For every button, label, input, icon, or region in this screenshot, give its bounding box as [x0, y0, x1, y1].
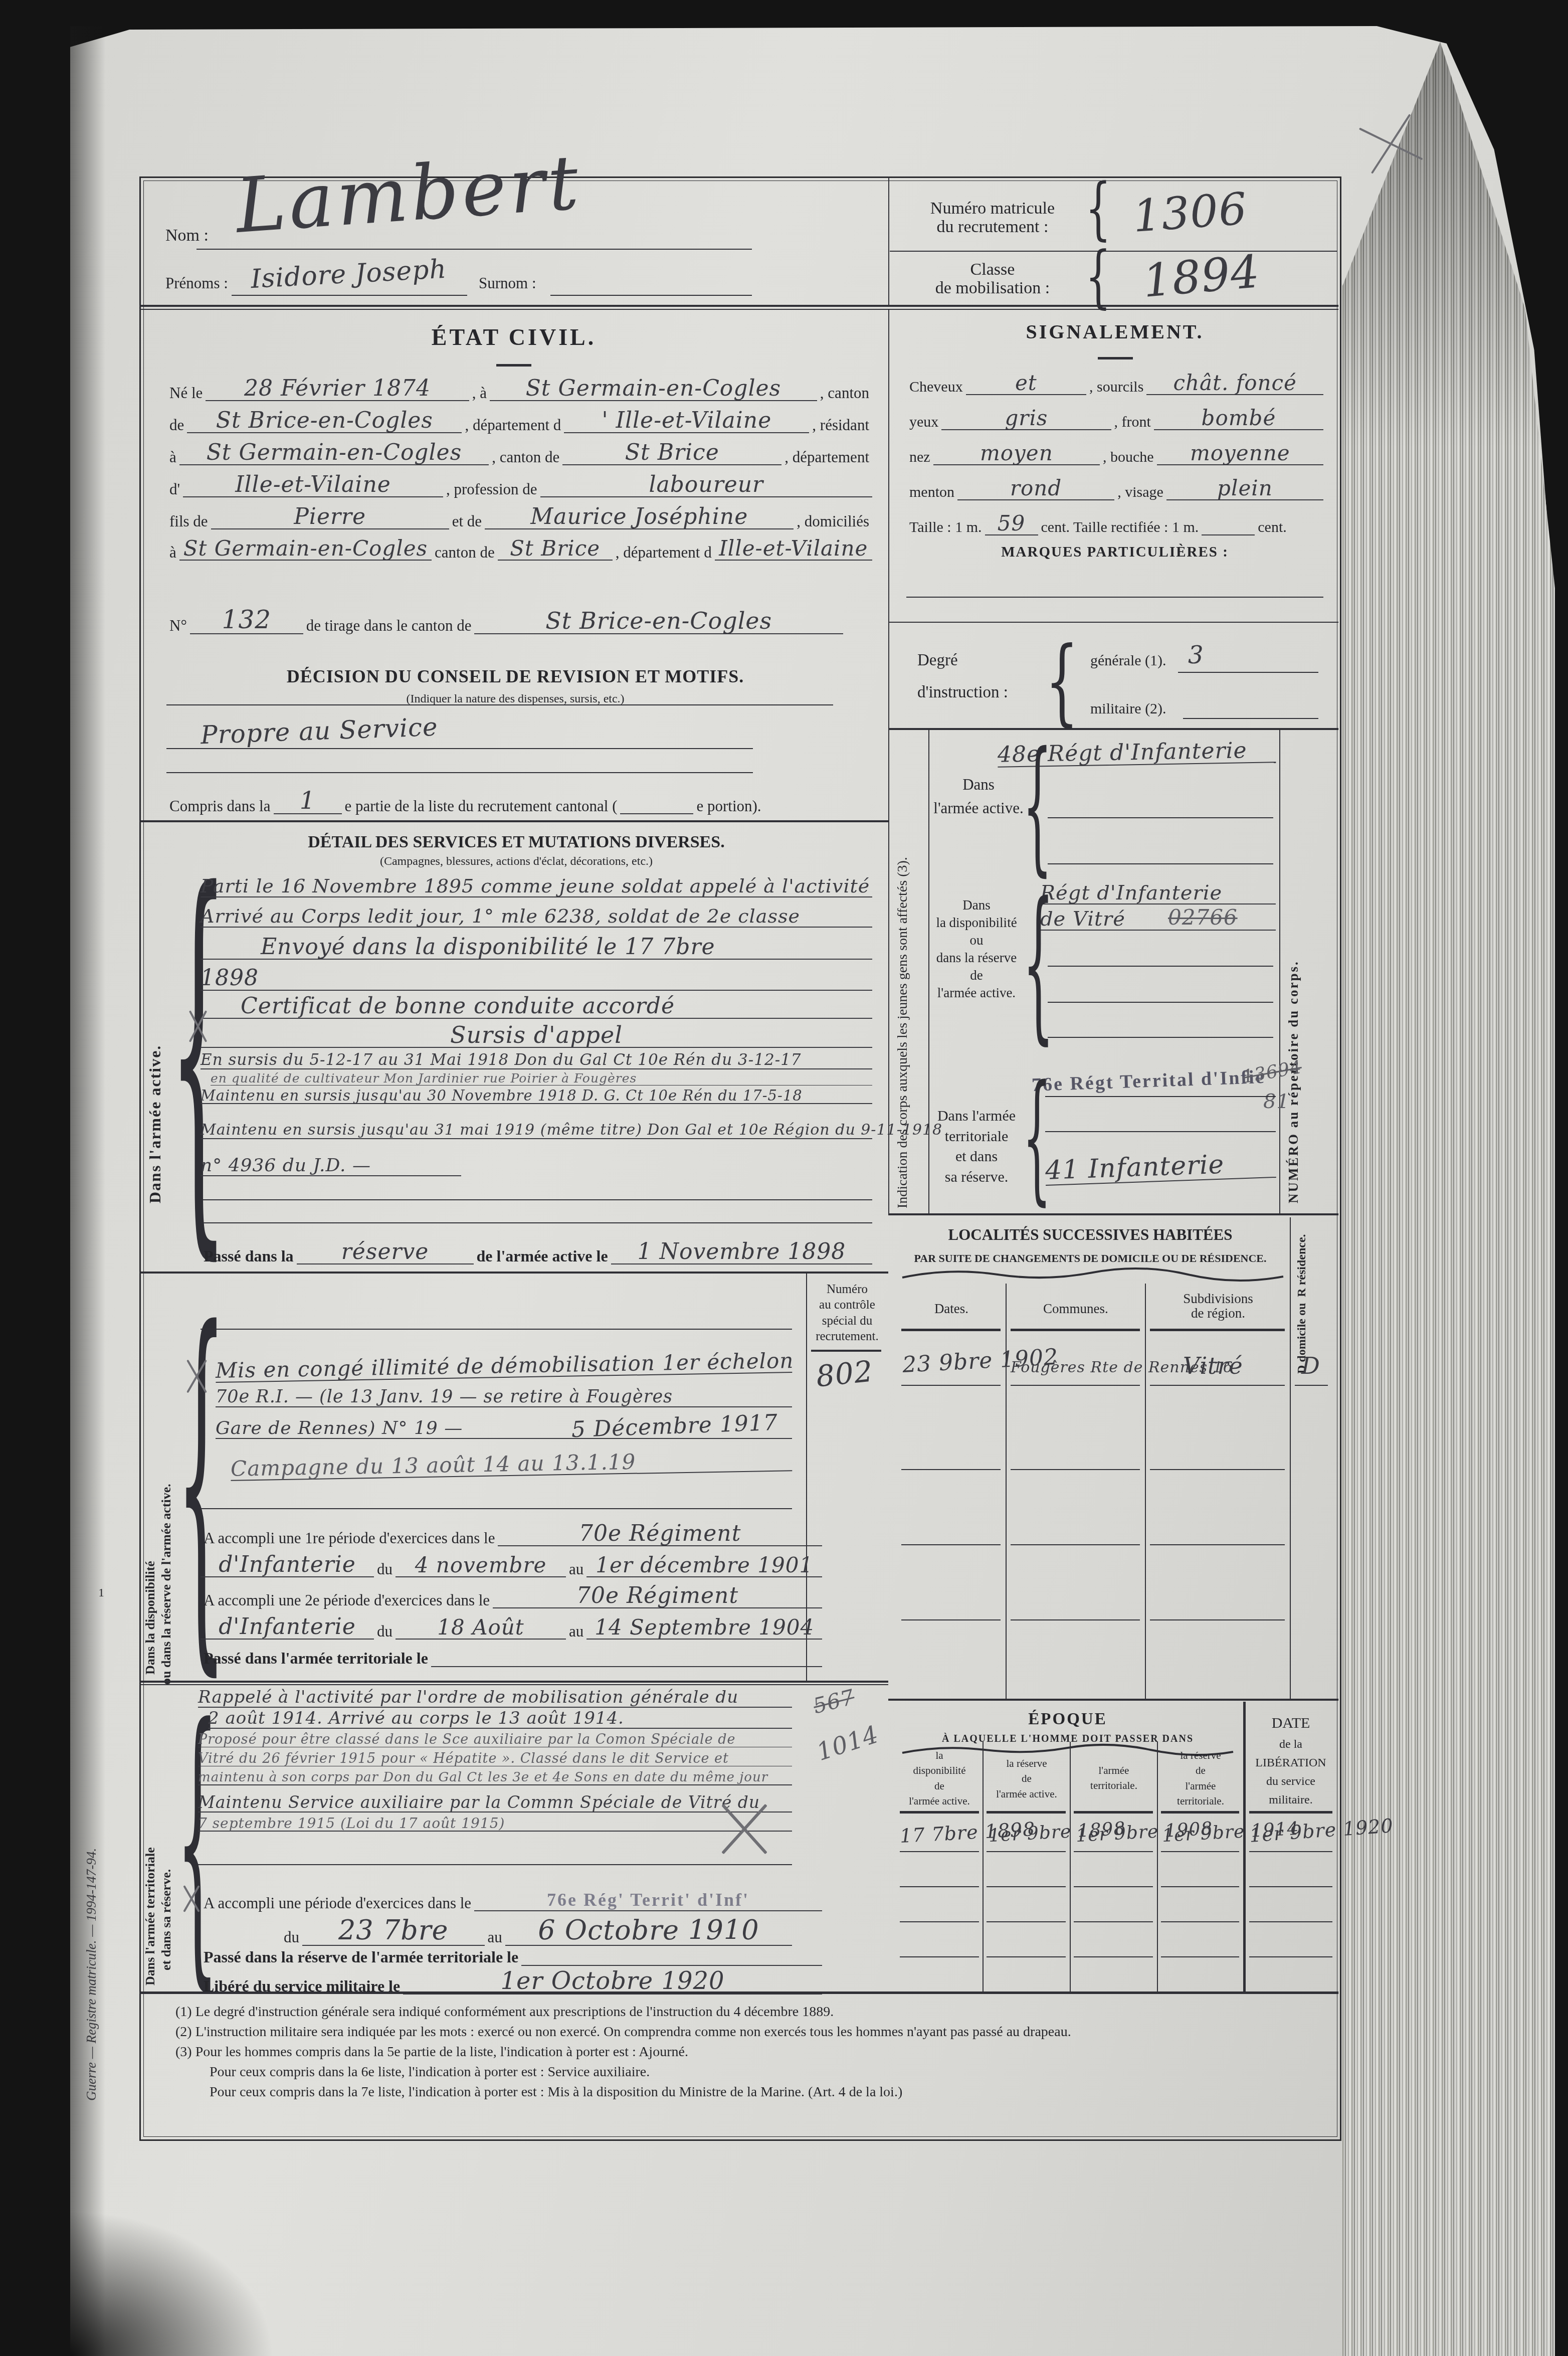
rule — [166, 772, 753, 773]
terr-line: Maintenu Service auxiliaire par la Commn… — [198, 1794, 792, 1813]
rule — [987, 1886, 1066, 1887]
passe-reserve-active-row: Passé dans laréserve de l'armée active l… — [201, 1240, 872, 1264]
rule — [906, 597, 1323, 598]
pencil-cross-mark — [1352, 108, 1430, 177]
rule — [1150, 1385, 1285, 1386]
rule — [1048, 863, 1273, 864]
rule — [1161, 1811, 1239, 1814]
rule — [888, 1699, 1338, 1701]
surnom-label: Surnom : — [479, 275, 536, 291]
signalement-title: SIGNALEMENT. — [914, 321, 1315, 342]
rule — [900, 1811, 979, 1814]
corner-shadow — [70, 2206, 281, 2356]
rule — [201, 1199, 872, 1200]
matricule-value: 1306 — [1131, 186, 1249, 240]
rule — [888, 1213, 1338, 1215]
rule — [1161, 1921, 1239, 1922]
rule — [201, 1222, 872, 1223]
rule — [1048, 966, 1273, 967]
terr-passe-row: Passé dans la réserve de l'armée territo… — [201, 1946, 822, 1966]
decision-note: (Indiquer la nature des dispenses, sursi… — [189, 693, 841, 706]
corps-side-label: Indication des corps auxquels les jeunes… — [895, 737, 910, 1208]
brace-icon: { — [1023, 1067, 1051, 1207]
rule — [888, 728, 1338, 730]
rule — [1157, 1742, 1158, 1991]
rule — [1006, 1284, 1007, 1699]
localites-col-dr: D domicile ou R résidence. — [1296, 1223, 1309, 1374]
corps-terr-number: 81 — [1263, 1091, 1290, 1112]
rule — [983, 1742, 984, 1991]
etat-civil-title: ÉTAT CIVIL. — [213, 325, 815, 350]
rule — [1249, 1851, 1332, 1852]
service-line: Envoyé dans la disponibilité le 17 7bre — [201, 936, 872, 960]
rule — [888, 176, 889, 307]
rule — [901, 1329, 1001, 1331]
rule — [1295, 1385, 1328, 1386]
rule — [987, 1851, 1066, 1852]
rule — [139, 1681, 888, 1683]
signalement-row: yeuxgris , frontbombé — [906, 407, 1323, 430]
margin-page-number: 1 — [98, 1587, 104, 1600]
rule — [901, 1469, 1001, 1470]
nom-label: Nom : — [165, 227, 209, 245]
rule — [1074, 1851, 1153, 1852]
rule — [1161, 1886, 1239, 1887]
rule — [888, 622, 1338, 623]
epoque-col4-header: la réservedel'arméeterritoriale. — [1160, 1748, 1241, 1809]
terr-periode-dates-row: du23 7bre au6 Octobre 1910 — [281, 1916, 792, 1946]
rule — [901, 1619, 1001, 1620]
rule — [900, 1851, 979, 1852]
rule — [1150, 1544, 1285, 1545]
services-title: DÉTAIL DES SERVICES ET MUTATIONS DIVERSE… — [190, 833, 842, 852]
rule — [139, 305, 1338, 307]
rule — [888, 309, 889, 728]
epoque-col1-header: ladisponibilitédel'armée active. — [898, 1748, 981, 1809]
rule — [1074, 1956, 1153, 1957]
epoque-title: ÉPOQUE — [897, 1711, 1238, 1729]
classe-value: 1894 — [1141, 248, 1261, 305]
rule — [901, 1385, 1001, 1386]
pencil-x-mark — [178, 1349, 216, 1401]
brace-icon: { — [1085, 244, 1111, 311]
rule — [987, 1921, 1066, 1922]
rule — [1161, 1956, 1239, 1957]
etat-civil-row: àSt Germain-en-Cogles , canton deSt Bric… — [166, 441, 872, 465]
corps-dispo-number: 02766 — [1168, 907, 1238, 929]
rule — [197, 249, 752, 250]
localites-col-communes: Communes. — [1011, 1302, 1141, 1316]
epoque-subtitle: À LAQUELLE L'HOMME DOIT PASSER DANS — [897, 1734, 1238, 1745]
libere-row: Libéré du service militaire le1er Octobr… — [201, 1968, 822, 1995]
rule — [1249, 1811, 1332, 1814]
service-line: Parti le 16 Novembre 1895 comme jeune so… — [201, 876, 872, 897]
epoque-col3-header: l'arméeterritoriale. — [1073, 1763, 1155, 1793]
book-fore-edge — [1342, 30, 1555, 2356]
rule — [1045, 1131, 1276, 1132]
localites-row-dr: D — [1301, 1354, 1320, 1378]
rule — [1048, 1037, 1273, 1038]
etat-civil-row: Né le28 Février 1874 , àSt Germain-en-Co… — [166, 377, 872, 401]
epoque-col2-header: la réservedel'armée active. — [986, 1756, 1068, 1801]
service-line: Maintenu en sursis jusqu'au 31 mai 1919 … — [201, 1122, 872, 1139]
decision-title: DÉCISION DU CONSEIL DE REVISION ET MOTIF… — [189, 667, 841, 686]
dispo-line: 70e R.I. — (le 13 Janv. 19 — se retire à… — [216, 1388, 792, 1407]
localites-col-dates: Dates. — [901, 1302, 1002, 1316]
rule — [1150, 1469, 1285, 1470]
rule — [1011, 1544, 1140, 1545]
service-line: En sursis du 5-12-17 au 31 Mai 1918 Don … — [201, 1052, 872, 1069]
rule — [1074, 1886, 1153, 1887]
rule — [1074, 1811, 1153, 1814]
etat-civil-row: d'Ille-et-Vilaine , profession delaboure… — [166, 473, 872, 497]
rule — [1150, 1619, 1285, 1620]
margin-caption: Guerre — Registre matricule. — 1994-147-… — [84, 1640, 99, 2101]
rule — [1048, 1002, 1273, 1003]
rule — [1045, 1096, 1276, 1097]
services-side-label: Dans l'armée active. — [146, 892, 164, 1203]
rule — [1098, 357, 1133, 359]
prenoms-label: Prénoms : — [165, 275, 228, 291]
terr-periode-row: A accompli une période d'exercices dans … — [201, 1889, 822, 1911]
classe-label: Classede mobilisation : — [902, 261, 1083, 297]
terr-side-label-2: et dans sa réserve. — [159, 1720, 173, 1970]
rule — [928, 728, 929, 1213]
rule — [139, 1272, 888, 1274]
rule — [888, 728, 889, 1213]
epoque-date-col-header: DATEde la LIBÉRATIONdu servicemilitaire. — [1248, 1712, 1333, 1809]
rule — [900, 1956, 979, 1957]
rule — [166, 748, 753, 749]
rule — [811, 1350, 881, 1352]
terr-line: 7 septembre 1915 (Loi du 17 août 1915) — [198, 1816, 792, 1832]
rule — [900, 1921, 979, 1922]
localites-col-subdiv: Subdivisionsde région. — [1150, 1292, 1286, 1321]
rule — [139, 820, 888, 822]
degre-generale-value: 3 — [1188, 643, 1204, 668]
periode1b-row: d'Infanterie du4 novembre au1er décembre… — [201, 1553, 822, 1577]
periode2b-row: d'Infanterie du18 Août au14 Septembre 19… — [201, 1615, 822, 1640]
footnote-5: Pour ceux compris dans la 7e liste, l'in… — [210, 2085, 1318, 2100]
rule — [1279, 728, 1280, 1213]
terr-side-label: Dans l'armée territoriale — [143, 1705, 157, 1985]
pencil-x-mark — [180, 998, 216, 1053]
rule — [1183, 718, 1318, 719]
rule — [1178, 672, 1318, 673]
etat-civil-row: deSt Brice-en-Cogles , département d' Il… — [166, 409, 872, 433]
etat-civil-row: fils dePierre et deMaurice Joséphine , d… — [166, 505, 872, 529]
terr-line: Rappelé à l'activité par l'ordre de mobi… — [198, 1689, 792, 1708]
rule — [1011, 1329, 1140, 1331]
rule — [901, 1544, 1001, 1545]
corps-repertoire-label: NUMÉRO au répertoire du corps. — [1286, 737, 1301, 1203]
compris-row: Compris dans la1 e partie de la liste du… — [166, 788, 798, 814]
rule — [1011, 1619, 1140, 1620]
rule — [139, 1684, 888, 1685]
tirage-row: N°132 de tirage dans le canton deSt Bric… — [166, 607, 843, 634]
terr-line: maintenu à son corps par Don du Gal Ct l… — [198, 1771, 792, 1785]
rule — [139, 1991, 1338, 1994]
footnote-2: (2) L'instruction militaire sera indiqué… — [175, 2025, 1318, 2040]
rule — [139, 309, 1338, 310]
service-line: en qualité de cultivateur Mon Jardinier … — [211, 1072, 872, 1085]
ctrl-header: Numéroau contrôle spécial durecrutement. — [808, 1282, 886, 1344]
localites-title: LOCALITÉS SUCCESSIVES HABITÉES — [897, 1226, 1283, 1243]
signalement-row: mentonrond , visageplein — [906, 477, 1323, 500]
footnote-1: (1) Le degré d'instruction générale sera… — [175, 2005, 1318, 2020]
matricule-label: Numéro matriculedu recrutement : — [902, 200, 1083, 236]
degre-militaire-label: militaire (2). — [1090, 701, 1166, 717]
degre-label: Degréd'instruction : — [917, 652, 1008, 701]
localites-subtitle: PAR SUITE DE CHANGEMENTS DE DOMICILE OU … — [897, 1252, 1283, 1264]
brace-icon: { — [1085, 175, 1111, 243]
service-line: Maintenu en sursis jusqu'au 30 Novembre … — [201, 1088, 872, 1104]
brace-icon: { — [1023, 880, 1054, 1046]
corps-dispo-value-2: de Vitré — [1040, 909, 1276, 931]
localites-row-subdiv: Vitré — [1183, 1354, 1243, 1378]
wavy-rule — [902, 1270, 1283, 1282]
corps-terr-label: Dans l'arméeterritoriale et danssa réser… — [931, 1106, 1022, 1187]
rule — [1150, 1329, 1285, 1331]
dispo-side-label: Dans la disponibilité — [143, 1304, 157, 1675]
periode2-row: A accompli une 2e période d'exercices da… — [201, 1584, 822, 1608]
degre-generale-label: générale (1). — [1090, 653, 1166, 669]
rule — [1011, 1469, 1140, 1470]
periode1-row: A accompli une 1re période d'exercices d… — [201, 1522, 822, 1546]
rule — [198, 1864, 792, 1865]
dispo-side-label-2: ou dans la réserve de l'armée active. — [159, 1294, 173, 1685]
rule — [1145, 1284, 1146, 1699]
service-line: n° 4936 du J.D. — — [201, 1156, 461, 1176]
rule — [201, 1508, 792, 1509]
rule — [1290, 1217, 1291, 1699]
signalement-row: nezmoyen , bouchemoyenne — [906, 442, 1323, 465]
rule — [1249, 1886, 1332, 1887]
corps-active-label: Dansl'armée active. — [933, 776, 1024, 817]
rule — [900, 1886, 979, 1887]
rule — [201, 1329, 792, 1330]
rule — [890, 251, 1337, 252]
service-line: Arrivé au Corps ledit jour, 1° mle 6238,… — [201, 907, 872, 928]
rule — [987, 1956, 1066, 1957]
rule — [1249, 1921, 1332, 1922]
brace-icon: { — [1023, 733, 1052, 878]
services-subtitle: (Campagnes, blessures, actions d'éclat, … — [190, 855, 842, 868]
corps-dispo-label: Dansla disponibilitéou dans la réservede… — [931, 896, 1022, 1002]
rule — [1243, 1702, 1246, 1991]
footnote-3: (3) Pour les hommes compris dans la 5e p… — [175, 2045, 1318, 2060]
footnote-4: Pour ceux compris dans la 6e liste, l'in… — [210, 2065, 1318, 2080]
passe-territoriale-row: Passé dans l'armée territoriale le — [201, 1648, 822, 1667]
rule — [1048, 817, 1273, 818]
service-line: Certificat de bonne conduite accordé — [201, 995, 872, 1019]
rule — [987, 1811, 1066, 1814]
scanned-register-page: Guerre — Registre matricule. — 1994-147-… — [0, 0, 1568, 2356]
signalement-row: Cheveuxet , sourcilschât. foncé — [906, 372, 1323, 395]
rule — [1161, 1851, 1239, 1852]
marques-label: MARQUES PARTICULIÈRES : — [914, 545, 1315, 560]
rule — [496, 364, 531, 367]
ctrl-value: 802 — [815, 1356, 874, 1392]
taille-row: Taille : 1 m.59 cent. Taille rectifiée :… — [906, 512, 1323, 535]
rule — [1249, 1956, 1332, 1957]
service-line: 1898 — [201, 967, 872, 991]
rule — [1011, 1385, 1140, 1386]
terr-line: Vitré du 26 février 1915 pour « Hépatite… — [198, 1752, 792, 1766]
etat-civil-row: àSt Germain-en-Cogles canton deSt Brice … — [166, 537, 872, 561]
pencil-x-mark — [712, 1795, 777, 1860]
terr-line: Proposé pour être classé dans le Sce aux… — [198, 1733, 792, 1747]
rule — [1070, 1742, 1071, 1991]
terr-line: 2 août 1914. Arrivé au corps le 13 août … — [208, 1710, 792, 1729]
rule — [232, 295, 467, 296]
brace-icon: { — [1045, 634, 1079, 729]
rule — [1074, 1921, 1153, 1922]
service-line: Sursis d'appel — [201, 1023, 872, 1048]
corps-dispo-value-1: Régt d'Infanterie — [1040, 882, 1276, 904]
rule — [550, 295, 752, 296]
